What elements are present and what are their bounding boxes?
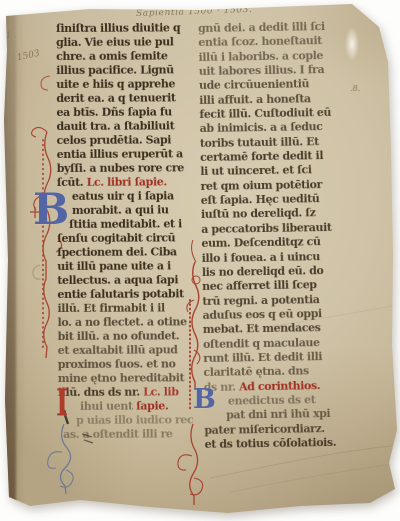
body-text: illū. Et firmabit i il [57, 301, 164, 315]
text-line: chre. a omis ſemite [56, 49, 188, 64]
body-text: as. a oſtendit illi re [63, 427, 172, 441]
body-text: uite e hiis q apprehe [56, 77, 175, 91]
body-text: gnū dei. a dedit illi ſci [198, 20, 325, 35]
body-text: derit ea. a q tenuerit [56, 91, 175, 105]
body-text: illo i fouea. a i uincu [202, 250, 320, 265]
column-right: gnū dei. a dedit illi ſcientia ſcoz. hon… [198, 20, 357, 453]
body-text: claritatē ętna. dns [203, 365, 308, 380]
text-line: glia. Vie eius uie pul [56, 35, 188, 50]
body-text: trū regni. a potentia [202, 293, 319, 308]
body-text: ſtitia meditabit. et i [69, 217, 182, 231]
body-text: p uias illo iudico rec [76, 413, 193, 427]
body-text: runt illū. Et dedit illi [203, 350, 322, 365]
body-text: aduſus eos q eū oppi [203, 307, 322, 322]
body-text: ſiniſtra illius diuitie q [56, 21, 180, 35]
column-left: ſiniſtra illius diuitie qglia. Vie eius … [56, 21, 190, 442]
manuscript-photo: ſiniſtra illius diuitie qglia. Vie eius … [0, 0, 400, 521]
body-text: enedictus ds et [228, 393, 316, 407]
body-text: oſtendit q maculaue [203, 336, 320, 351]
body-text: celos prudētia. Sapi [57, 133, 171, 147]
text-line: uit illū pane uite a i [57, 259, 189, 274]
body-text: chre. a omis ſemite [56, 49, 167, 63]
body-text: illū. dns ds nr. [58, 386, 143, 399]
body-text: ſpectionem dei. Ciba [57, 245, 177, 259]
body-text: et ds totius cōſolatiois. [205, 436, 337, 451]
body-text: eum. Deſcenditqz cū [201, 235, 320, 250]
text-line: uite e hiis q apprehe [56, 77, 188, 92]
body-text: fecit illū. Cuſtodiuit eū [199, 106, 331, 121]
text-line: p uias illo iudico rec [76, 413, 190, 428]
body-text: a peccatoribs liberauit [201, 221, 332, 236]
body-text: entia ſcoz. honeſtauit [198, 34, 322, 49]
rubric-text: ſapie. [136, 399, 168, 412]
body-text: mebat. Et mendaces [203, 321, 321, 336]
body-text: tellectus. a aqua ſapi [57, 273, 178, 287]
text-line: derit ea. a q tenuerit [56, 91, 188, 106]
body-text: entia illius eruperūt a [57, 147, 183, 161]
body-text: morabit. a qui iu [72, 203, 169, 217]
body-text: lo. a no flectet. a otine [58, 315, 187, 329]
text-line: dauit tra. a ſtabiliuit [57, 119, 189, 134]
text-block: ſiniſtra illius diuitie qglia. Vie eius … [0, 0, 400, 521]
text-line: celos prudētia. Sapi [57, 133, 189, 148]
body-text: ude circūuenientiū [199, 78, 309, 93]
rubric-text: Lc. lib [143, 385, 178, 398]
body-text: entie ſalutaris potabit [57, 287, 183, 301]
body-text: illi affuit. a honeſta [199, 92, 311, 107]
body-text: illius pacifice. Lignū [56, 63, 174, 77]
rubric-text: Ad corinthios. [239, 379, 320, 393]
body-text: glia. Vie eius uie pul [56, 35, 174, 49]
body-text: nec afferret illi ſcep [202, 278, 317, 293]
text-line: lo. a no flectet. a otine [58, 315, 190, 330]
text-line: et ds totius cōſolatiois. [205, 436, 357, 453]
body-text: ab inimicis. a a ſeduc [200, 120, 323, 135]
body-text: eſt ſapia. Hęc ueditū [201, 192, 320, 207]
body-text: uit illū pane uite a i [57, 259, 171, 273]
text-line: ſenſu cogitabit circū [57, 231, 189, 246]
body-text: certamē forte dedit il [200, 149, 323, 164]
text-line: illius pacifice. Lignū [56, 63, 188, 78]
body-text: illū i laboribs. a cople [198, 49, 323, 64]
body-text: ſenſu cogitabit circū [57, 231, 175, 245]
body-text: et exaltabit illū apud [58, 343, 178, 357]
text-line: entia illius eruperūt a [57, 147, 189, 162]
text-line: ſcūt. Lc. libri ſapie. [57, 175, 189, 190]
body-text: pat dni nri ihū xpi [226, 407, 330, 422]
manuscript-page: ſiniſtra illius diuitie qglia. Vie eius … [0, 0, 400, 521]
top-left-margin-mark: 1 . [6, 31, 16, 40]
text-line: illū. dns ds nr. Lc. lib [58, 385, 190, 400]
text-line: mine ętno hereditabit [58, 371, 190, 386]
rubric-text: Lc. libri ſapie. [87, 175, 167, 188]
body-text: ea btīs. Dñs ſapia fu [56, 105, 171, 119]
text-line: byſſi. a nubes rore cre [57, 161, 189, 176]
text-line: eatus uir q i ſapia [72, 189, 189, 204]
text-line: et exaltabit illū apud [58, 343, 190, 358]
body-text: ret qm oium potētior [200, 178, 322, 193]
body-text: iuſtū no dereliqd. ſz [201, 207, 316, 222]
body-text: lis no dereliqd eū. do [202, 264, 324, 279]
text-line: proximos ſuos. et no [58, 357, 190, 372]
margin-number-mark: .8. [350, 84, 360, 93]
text-line: illū. Et firmabit i il [57, 301, 189, 316]
body-text: proximos ſuos. et no [58, 357, 176, 371]
text-line: as. a oſtendit illi re [63, 427, 190, 442]
body-text: eatus uir q i ſapia [72, 189, 174, 203]
body-text: ihui uent [80, 400, 136, 413]
body-text: dauit tra. a ſtabiliuit [57, 119, 175, 133]
body-text: pater miſericordiarz. [204, 422, 325, 437]
text-line: tellectus. a aqua ſapi [57, 273, 189, 288]
body-text: li ut uinceret. et ſci [200, 164, 311, 179]
illuminated-initial-I-left: I [56, 385, 68, 423]
text-line: ſpectionem dei. Ciba [57, 245, 189, 260]
text-line: ſtitia meditabit. et i [69, 217, 189, 232]
text-line: entie ſalutaris potabit [57, 287, 189, 302]
parchment-wrap: ſiniſtra illius diuitie qglia. Vie eius … [0, 0, 400, 521]
illuminated-initial-B-right: B [193, 386, 216, 413]
text-line: bit illū. a no ofundet. [58, 329, 190, 344]
body-text: toribs tutauit illū. Et [200, 135, 319, 150]
text-line: ihui uent ſapie. [80, 399, 190, 414]
body-text: uit labores illius. I fra [199, 63, 325, 78]
text-line: ea btīs. Dñs ſapia fu [56, 105, 188, 120]
illuminated-initial-B-left: B [33, 189, 69, 232]
body-text: bit illū. a no ofundet. [58, 329, 180, 343]
text-line: ſiniſtra illius diuitie q [56, 21, 188, 36]
body-text: byſſi. a nubes rore cre [57, 161, 184, 175]
text-line: morabit. a qui iu [72, 203, 189, 218]
body-text: mine ętno hereditabit [58, 371, 184, 385]
